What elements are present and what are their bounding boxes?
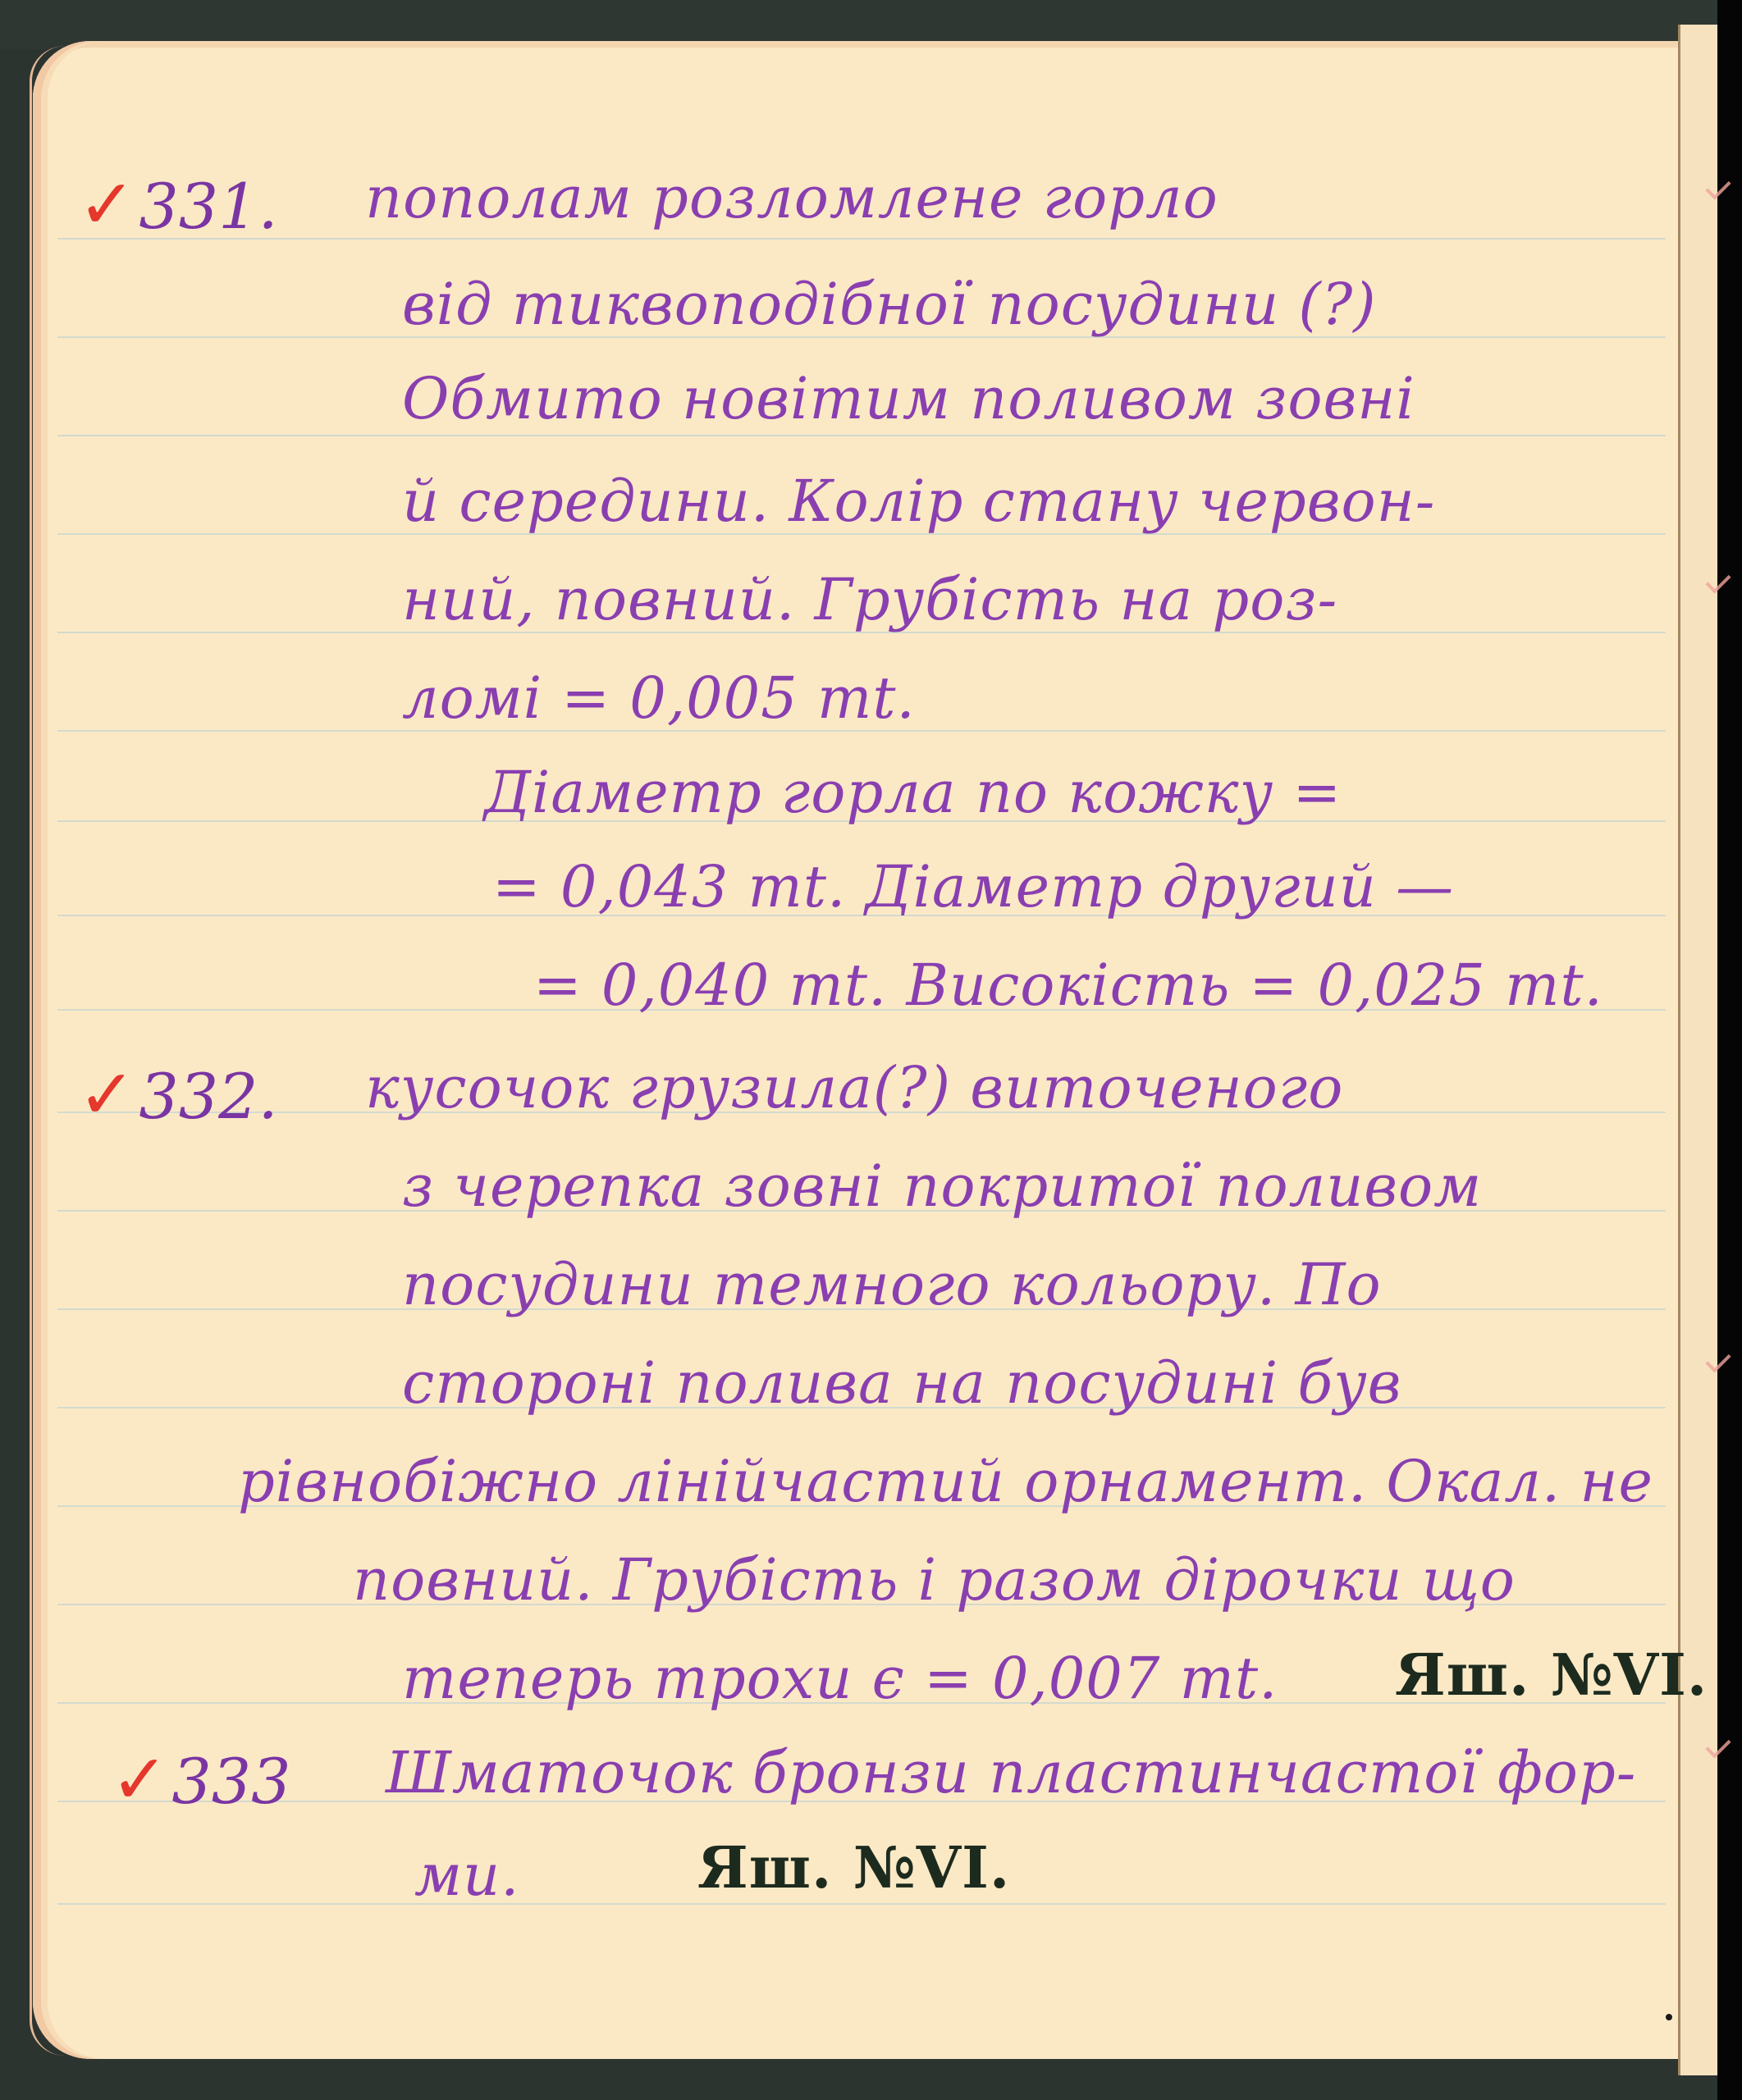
entry-332-line: повний. Грубість і разом дірочки що [353,1546,1516,1614]
entry-332-line: теперь трохи є = 0,007 mt. [402,1645,1278,1712]
ruled-line [57,435,1666,436]
entry-332-annotation: Яш. №VI. [1395,1641,1708,1709]
entry-331-line: від тиквоподібної посудини (?) [402,271,1377,338]
entry-331-line: Обмито новітим поливом зовні [402,365,1415,432]
entry-331-number: ✓331. [78,164,278,244]
ruled-line [57,1903,1666,1905]
entry-331-line: ломі = 0,005 mt. [402,664,916,732]
entry-331-line: пополам розломлене горло [365,164,1218,231]
ink-dot [1666,2014,1672,2020]
entry-332-line: рівнобіжно лінійчастий орнамент. Окал. н… [238,1448,1653,1515]
red-check-mark-icon: ✓ [78,164,135,244]
entry-333-number: ✓333 [111,1739,290,1819]
entry-333-line: ми. [414,1842,519,1909]
entry-331-line: й середини. Колір стану червон- [402,468,1435,535]
red-check-mark-icon: ✓ [111,1739,168,1819]
facing-page-edge [1680,25,1717,2075]
binding-edge [1717,0,1742,2100]
entry-331-line: = 0,040 mt. Високість = 0,025 mt. [533,952,1603,1019]
entry-332-line: посудини темного кольору. По [402,1251,1382,1318]
red-check-mark-icon: ✓ [78,1054,135,1134]
entry-332-line: з черепка зовні покритої поливом [402,1153,1482,1220]
entry-331-line: Діаметр горла по кожку = [484,759,1342,826]
ruled-line [57,238,1666,240]
entry-331-line: ний, повний. Грубість на роз- [402,566,1337,633]
entry-332-number: ✓332. [78,1054,278,1134]
entry-333-line: Шматочок бронзи пластинчастої фор- [386,1739,1636,1806]
entry-333-annotation: Яш. №VI. [697,1833,1010,1901]
entry-332-line: кусочок грузила(?) виточеного [365,1054,1343,1121]
entry-332-line: стороні полива на посудині був [402,1349,1401,1417]
entry-331-line: = 0,043 mt. Діаметр другий — [492,853,1454,920]
